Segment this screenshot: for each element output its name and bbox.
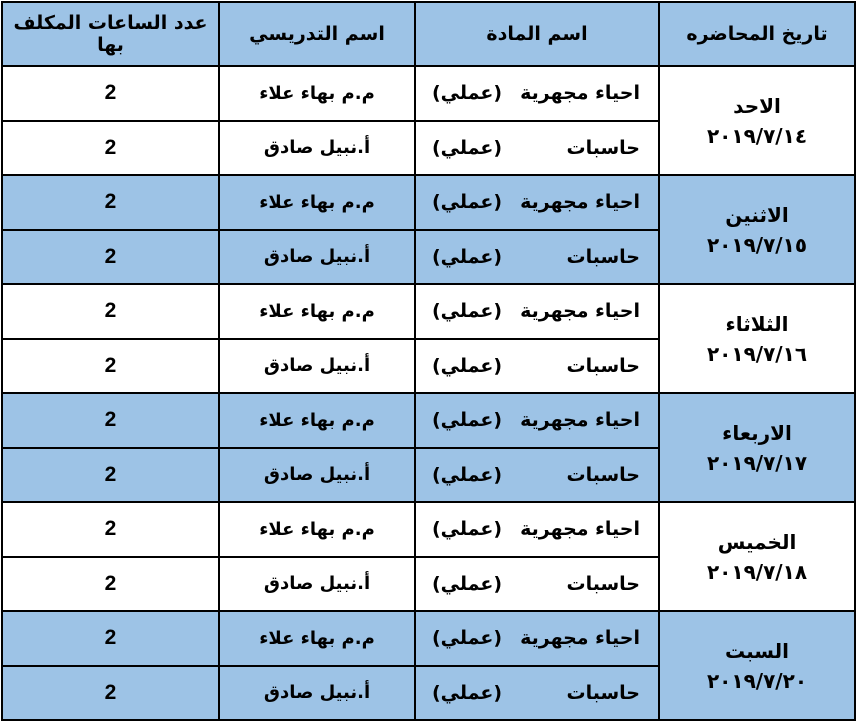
subject-type: (عملي) <box>432 191 502 213</box>
subject-cell: حاسبات (عملي) <box>415 557 659 612</box>
subject-type: (عملي) <box>432 409 502 431</box>
lecture-date: ٢٠١٩/٧/٢٠ <box>660 666 854 696</box>
teacher-cell: أ.نبيل صادق <box>219 448 415 503</box>
teacher-cell: أ.نبيل صادق <box>219 121 415 176</box>
day-name: الاحد <box>660 91 854 121</box>
teacher-cell: أ.نبيل صادق <box>219 557 415 612</box>
hours-cell: 2 <box>2 339 219 394</box>
subject-name: احياء مجهرية <box>520 191 640 213</box>
table-row: الثلاثاء ٢٠١٩/٧/١٦ احياء مجهرية (عملي) م… <box>2 284 855 339</box>
day-name: الخميس <box>660 527 854 557</box>
lecture-date: ٢٠١٩/٧/١٧ <box>660 448 854 478</box>
date-cell: الاحد ٢٠١٩/٧/١٤ <box>659 66 855 175</box>
day-name: الثلاثاء <box>660 309 854 339</box>
day-name: الاربعاء <box>660 418 854 448</box>
table-row: الاثنين ٢٠١٩/٧/١٥ احياء مجهرية (عملي) م.… <box>2 175 855 230</box>
subject-cell: حاسبات (عملي) <box>415 339 659 394</box>
subject-type: (عملي) <box>432 464 502 486</box>
header-date: تاريخ المحاضره <box>659 2 855 66</box>
teacher-cell: م.م بهاء علاء <box>219 393 415 448</box>
lecture-schedule-table: تاريخ المحاضره اسم المادة اسم التدريسي ع… <box>1 1 856 721</box>
hours-cell: 2 <box>2 230 219 285</box>
subject-cell: حاسبات (عملي) <box>415 121 659 176</box>
subject-type: (عملي) <box>432 246 502 268</box>
header-row: تاريخ المحاضره اسم المادة اسم التدريسي ع… <box>2 2 855 66</box>
hours-cell: 2 <box>2 284 219 339</box>
subject-cell: احياء مجهرية (عملي) <box>415 175 659 230</box>
hours-cell: 2 <box>2 448 219 503</box>
hours-cell: 2 <box>2 611 219 666</box>
hours-cell: 2 <box>2 66 219 121</box>
subject-name: احياء مجهرية <box>520 409 640 431</box>
subject-type: (عملي) <box>432 355 502 377</box>
subject-type: (عملي) <box>432 573 502 595</box>
hours-cell: 2 <box>2 666 219 721</box>
subject-cell: حاسبات (عملي) <box>415 666 659 721</box>
hours-cell: 2 <box>2 502 219 557</box>
day-name: الاثنين <box>660 200 854 230</box>
subject-type: (عملي) <box>432 682 502 704</box>
teacher-cell: أ.نبيل صادق <box>219 230 415 285</box>
subject-cell: احياء مجهرية (عملي) <box>415 393 659 448</box>
lecture-date: ٢٠١٩/٧/١٦ <box>660 339 854 369</box>
teacher-cell: أ.نبيل صادق <box>219 339 415 394</box>
subject-name: احياء مجهرية <box>520 300 640 322</box>
teacher-cell: م.م بهاء علاء <box>219 502 415 557</box>
schedule-body: الاحد ٢٠١٩/٧/١٤ احياء مجهرية (عملي) م.م … <box>2 66 855 720</box>
subject-name: احياء مجهرية <box>520 518 640 540</box>
subject-type: (عملي) <box>432 627 502 649</box>
date-cell: الاربعاء ٢٠١٩/٧/١٧ <box>659 393 855 502</box>
teacher-cell: م.م بهاء علاء <box>219 175 415 230</box>
subject-name: حاسبات <box>567 682 641 704</box>
day-name: السبت <box>660 636 854 666</box>
subject-cell: حاسبات (عملي) <box>415 448 659 503</box>
date-cell: الاثنين ٢٠١٩/٧/١٥ <box>659 175 855 284</box>
subject-cell: حاسبات (عملي) <box>415 230 659 285</box>
subject-cell: احياء مجهرية (عملي) <box>415 611 659 666</box>
subject-type: (عملي) <box>432 300 502 322</box>
subject-name: احياء مجهرية <box>520 82 640 104</box>
hours-cell: 2 <box>2 557 219 612</box>
table-row: الخميس ٢٠١٩/٧/١٨ احياء مجهرية (عملي) م.م… <box>2 502 855 557</box>
table-row: السبت ٢٠١٩/٧/٢٠ احياء مجهرية (عملي) م.م … <box>2 611 855 666</box>
teacher-cell: أ.نبيل صادق <box>219 666 415 721</box>
lecture-date: ٢٠١٩/٧/١٨ <box>660 557 854 587</box>
subject-name: حاسبات <box>567 464 641 486</box>
table-row: الاحد ٢٠١٩/٧/١٤ احياء مجهرية (عملي) م.م … <box>2 66 855 121</box>
header-teacher: اسم التدريسي <box>219 2 415 66</box>
header-hours: عدد الساعات المكلف بها <box>2 2 219 66</box>
subject-name: حاسبات <box>567 246 641 268</box>
hours-cell: 2 <box>2 175 219 230</box>
subject-name: حاسبات <box>567 137 641 159</box>
subject-type: (عملي) <box>432 82 502 104</box>
subject-name: حاسبات <box>567 355 641 377</box>
header-subject: اسم المادة <box>415 2 659 66</box>
teacher-cell: م.م بهاء علاء <box>219 284 415 339</box>
subject-type: (عملي) <box>432 137 502 159</box>
subject-cell: احياء مجهرية (عملي) <box>415 284 659 339</box>
lecture-date: ٢٠١٩/٧/١٤ <box>660 121 854 151</box>
subject-name: حاسبات <box>567 573 641 595</box>
table-row: الاربعاء ٢٠١٩/٧/١٧ احياء مجهرية (عملي) م… <box>2 393 855 448</box>
teacher-cell: م.م بهاء علاء <box>219 611 415 666</box>
subject-name: احياء مجهرية <box>520 627 640 649</box>
subject-cell: احياء مجهرية (عملي) <box>415 66 659 121</box>
hours-cell: 2 <box>2 121 219 176</box>
lecture-date: ٢٠١٩/٧/١٥ <box>660 230 854 260</box>
subject-cell: احياء مجهرية (عملي) <box>415 502 659 557</box>
date-cell: السبت ٢٠١٩/٧/٢٠ <box>659 611 855 720</box>
subject-type: (عملي) <box>432 518 502 540</box>
teacher-cell: م.م بهاء علاء <box>219 66 415 121</box>
hours-cell: 2 <box>2 393 219 448</box>
date-cell: الخميس ٢٠١٩/٧/١٨ <box>659 502 855 611</box>
date-cell: الثلاثاء ٢٠١٩/٧/١٦ <box>659 284 855 393</box>
